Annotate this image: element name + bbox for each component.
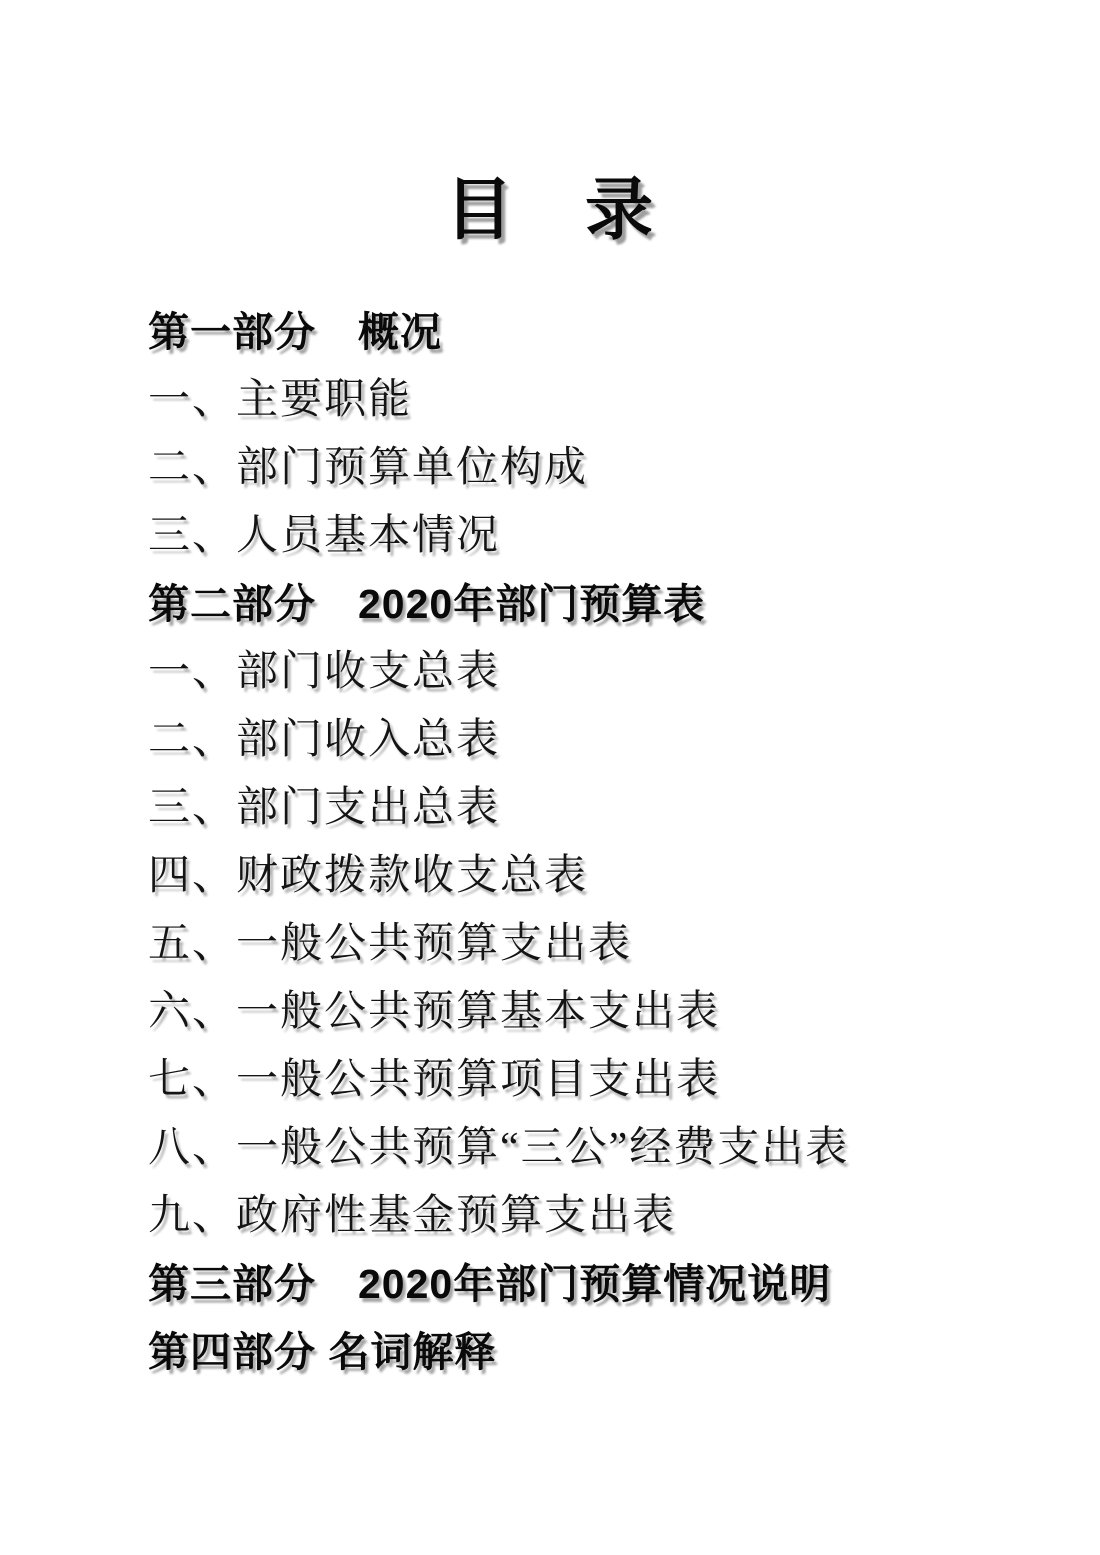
toc-entry-text: 三、部门支出总表 (148, 774, 500, 834)
toc-entry-text: 一、部门收支总表 (148, 638, 500, 698)
toc-entry-text: 四、财政拨款收支总表 (148, 842, 588, 902)
toc-entry-heading: 第二部分 2020年部门预算表 (148, 566, 1058, 634)
toc-entry-text: 六、一般公共预算基本支出表 (148, 978, 720, 1038)
document-page: 目 录 第一部分 概况 一、主要职能 二、部门预算单位构成 三、人员基本情况 第… (0, 0, 1100, 1555)
toc-entry-text: 一、主要职能 (148, 366, 412, 426)
toc-entry-text: 二、部门收入总表 (148, 706, 500, 766)
toc-entry-item: 二、部门收入总表 (148, 702, 1058, 770)
toc-list: 第一部分 概况 一、主要职能 二、部门预算单位构成 三、人员基本情况 第二部分 … (148, 294, 1058, 1382)
toc-entry-heading: 第三部分 2020年部门预算情况说明 (148, 1246, 1058, 1314)
toc-entry-text: 第二部分 2020年部门预算表 (148, 571, 705, 630)
toc-entry-item: 一、部门收支总表 (148, 634, 1058, 702)
toc-entry-text: 第三部分 2020年部门预算情况说明 (148, 1251, 831, 1310)
toc-entry-item: 四、财政拨款收支总表 (148, 838, 1058, 906)
toc-entry-text: 九、政府性基金预算支出表 (148, 1182, 676, 1242)
toc-entry-heading: 第一部分 概况 (148, 294, 1058, 362)
toc-entry-item: 九、政府性基金预算支出表 (148, 1178, 1058, 1246)
toc-entry-item: 一、主要职能 (148, 362, 1058, 430)
toc-entry-text: 五、一般公共预算支出表 (148, 910, 632, 970)
toc-entry-text: 八、一般公共预算“三公”经费支出表 (148, 1114, 849, 1174)
toc-entry-heading: 第四部分 名词解释 (148, 1314, 1058, 1382)
toc-entry-text: 二、部门预算单位构成 (148, 434, 588, 494)
toc-entry-item: 三、人员基本情况 (148, 498, 1058, 566)
toc-entry-text: 七、一般公共预算项目支出表 (148, 1046, 720, 1106)
toc-entry-text: 第一部分 概况 (148, 299, 442, 358)
toc-entry-item: 六、一般公共预算基本支出表 (148, 974, 1058, 1042)
toc-entry-item: 三、部门支出总表 (148, 770, 1058, 838)
toc-entry-text: 三、人员基本情况 (148, 502, 500, 562)
toc-entry-item: 七、一般公共预算项目支出表 (148, 1042, 1058, 1110)
toc-entry-item: 八、一般公共预算“三公”经费支出表 (148, 1110, 1058, 1178)
toc-entry-text: 第四部分 名词解释 (148, 1319, 496, 1378)
toc-entry-item: 五、一般公共预算支出表 (148, 906, 1058, 974)
page-title: 目 录 (0, 160, 1100, 260)
toc-entry-item: 二、部门预算单位构成 (148, 430, 1058, 498)
